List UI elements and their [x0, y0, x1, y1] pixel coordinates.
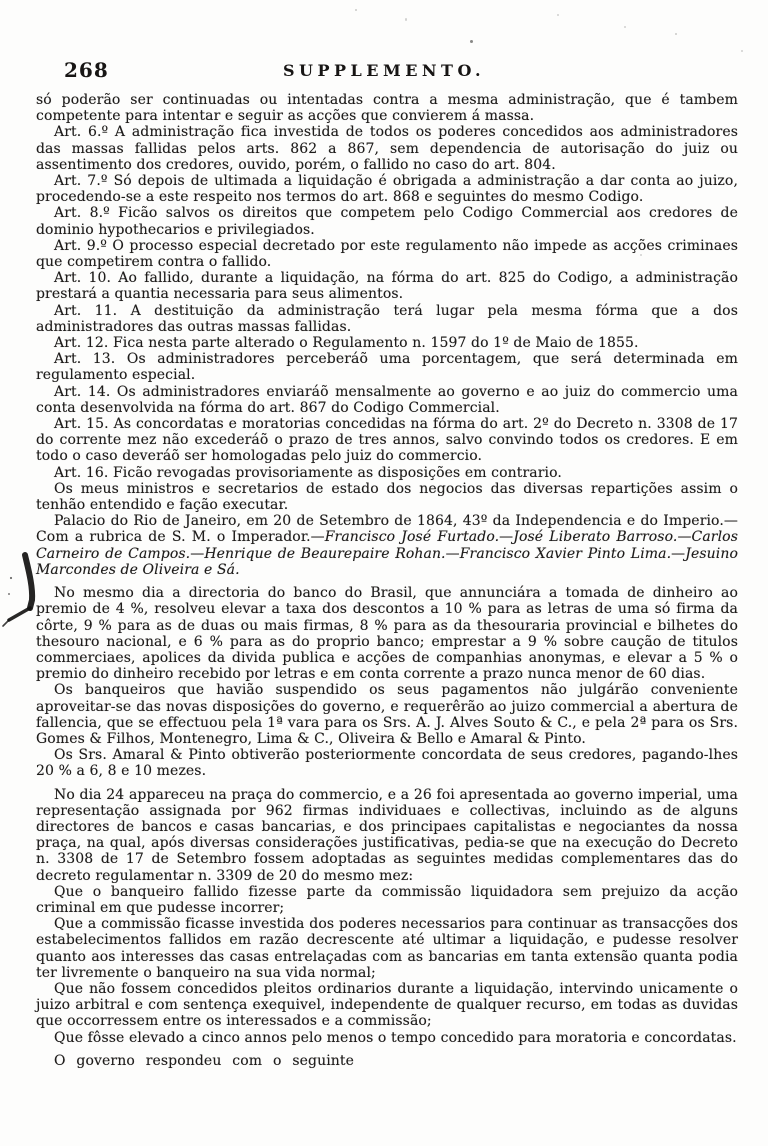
scan-speck	[470, 40, 473, 43]
paragraph: Os banqueiros que havião suspendido os s…	[36, 682, 738, 747]
paragraph: Que não fossem concedidos pleitos ordina…	[36, 981, 738, 1030]
signature-name: Francisco José Furtado.	[325, 529, 499, 545]
text-run: Art. 11. A destituição da administração …	[36, 303, 738, 335]
text-run: Art. 8.º Ficão salvos os direitos que co…	[36, 205, 738, 237]
text-run: Que o banqueiro fallido fizesse parte da…	[36, 884, 738, 916]
paragraph: Os meus ministros e secretarios de estad…	[36, 481, 738, 513]
paragraph: Que fôsse elevado a cinco annos pelo men…	[36, 1030, 738, 1046]
paragraph: Os Srs. Amaral & Pinto obtiverão posteri…	[36, 747, 738, 779]
text-run: Os meus ministros e secretarios de estad…	[36, 481, 738, 513]
text-run: —	[671, 546, 685, 562]
scan-speck	[355, 9, 357, 11]
text-run: Os banqueiros que havião suspendido os s…	[36, 682, 738, 747]
paragraph: Art. 13. Os administradores perceberáõ u…	[36, 351, 738, 383]
text-run: Art. 12. Fica nesta parte alterado o Reg…	[54, 335, 639, 351]
paragraph: Art. 12. Fica nesta parte alterado o Reg…	[36, 335, 738, 351]
paragraph: Art. 7.º Só depois de ultimada a liquida…	[36, 173, 738, 205]
scan-speck	[675, 33, 677, 35]
paragraph: Palacio do Rio de Janeiro, em 20 de Sete…	[36, 513, 738, 578]
paragraph: Art. 11. A destituição da administração …	[36, 303, 738, 335]
paragraph: No mesmo dia a directoria do banco do Br…	[36, 585, 738, 682]
paragraph: só poderão ser continuadas ou intentadas…	[36, 92, 738, 124]
paragraph: No dia 24 appareceu na praça do commerci…	[36, 787, 738, 884]
text-run: No mesmo dia a directoria do banco do Br…	[36, 585, 738, 682]
paragraph: Que a commissão ficasse investida dos po…	[36, 916, 738, 981]
paragraph: Art. 16. Ficão revogadas provisoriamente…	[36, 465, 738, 481]
text-run: Art. 15. As concordatas e moratorias con…	[36, 416, 738, 464]
paragraph: Art. 14. Os administradores enviaráõ men…	[36, 384, 738, 416]
text-run: Que fôsse elevado a cinco annos pelo men…	[54, 1030, 737, 1046]
signature-name: Henrique de Beaurepaire Rohan.	[204, 546, 445, 562]
text-run: O governo respondeu com o seguinte	[54, 1053, 354, 1069]
text-run: —	[446, 546, 460, 562]
scan-speck	[741, 50, 743, 52]
paragraph: O governo respondeu com o seguinte	[36, 1053, 738, 1069]
text-run: Art. 16. Ficão revogadas provisoriamente…	[54, 465, 562, 481]
text-run: Art. 7.º Só depois de ultimada a liquida…	[36, 173, 738, 205]
scan-speck	[624, 26, 626, 28]
text-run: Que a commissão ficasse investida dos po…	[36, 916, 738, 981]
scan-speck	[405, 18, 407, 21]
text-run: —	[499, 529, 513, 545]
text-run: Art. 10. Ao fallido, durante a liquidaçã…	[36, 270, 738, 302]
paragraph: Art. 15. As concordatas e moratorias con…	[36, 416, 738, 465]
signature-name: Francisco Xavier Pinto Lima.	[460, 546, 671, 562]
text-run: No dia 24 appareceu na praça do commerci…	[36, 787, 738, 884]
paragraph: Art. 10. Ao fallido, durante a liquidaçã…	[36, 270, 738, 302]
document-body: só poderão ser continuadas ou intentadas…	[36, 92, 738, 1069]
text-run: Os Srs. Amaral & Pinto obtiverão posteri…	[36, 747, 738, 779]
text-run: Art. 14. Os administradores enviaráõ men…	[36, 384, 738, 416]
running-head-title: SUPPLEMENTO.	[0, 61, 768, 80]
text-run: Art. 9.º O processo especial decretado p…	[36, 238, 738, 270]
scan-speck	[557, 14, 559, 16]
text-run: —	[677, 529, 691, 545]
paragraph: Que o banqueiro fallido fizesse parte da…	[36, 884, 738, 916]
text-run: só poderão ser continuadas ou intentadas…	[36, 92, 738, 124]
text-run: Que não fossem concedidos pleitos ordina…	[36, 981, 738, 1029]
text-run: Art. 13. Os administradores perceberáõ u…	[36, 351, 738, 383]
paragraph: Art. 8.º Ficão salvos os direitos que co…	[36, 205, 738, 237]
signature-name: José Liberato Barroso.	[513, 529, 677, 545]
text-run: —	[190, 546, 204, 562]
scanned-document-page: 268 SUPPLEMENTO. só poderão ser continua…	[0, 0, 768, 1146]
text-run: Art. 6.º A administração fica investida …	[36, 124, 738, 172]
paragraph: Art. 9.º O processo especial decretado p…	[36, 238, 738, 270]
paragraph: Art. 6.º A administração fica investida …	[36, 124, 738, 173]
